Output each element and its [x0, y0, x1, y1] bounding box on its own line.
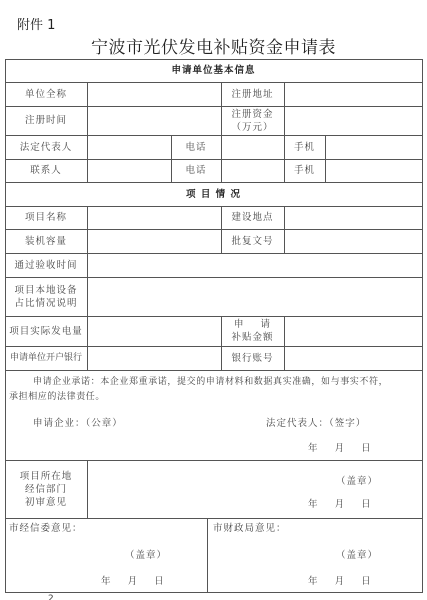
- bank-field[interactable]: [88, 346, 221, 370]
- label-subsidy-line2: 补贴金额: [231, 331, 273, 344]
- page-number: 2: [48, 594, 54, 600]
- commitment-line2: 承担相应的法律责任。: [9, 390, 105, 405]
- reg-capital-field[interactable]: [285, 106, 422, 135]
- legal-rep-field[interactable]: [88, 135, 171, 159]
- account-no-field[interactable]: [285, 346, 422, 370]
- label-legal-rep: 法定代表人: [5, 135, 87, 159]
- section-header-basic-info: 申请单位基本信息: [5, 59, 422, 82]
- col-line: [207, 518, 208, 592]
- label-local-dept-line3: 初审意见: [25, 496, 67, 509]
- label-mobile-contact: 手机: [284, 159, 325, 182]
- build-site-field[interactable]: [285, 206, 422, 229]
- label-local-equipment-line1: 项目本地设备: [14, 284, 77, 297]
- label-reg-time: 注册时间: [5, 106, 87, 135]
- label-local-dept-opinion: 项目所在地 经信部门 初审意见: [5, 460, 87, 518]
- approval-no-field[interactable]: [285, 229, 422, 253]
- contact-phone-field[interactable]: [222, 159, 284, 182]
- label-contact: 联系人: [5, 159, 87, 182]
- legal-phone-field[interactable]: [222, 135, 284, 159]
- reg-address-field[interactable]: [285, 82, 422, 106]
- label-approval-no: 批复文号: [221, 229, 284, 253]
- row-line: [5, 518, 422, 519]
- commitment-line1: 申请企业承诺：本企业郑重承诺，提交的申请材料和数据真实准确，如与事实不符，: [33, 375, 388, 390]
- legal-sign-label: 法定代表人：（签字）: [266, 416, 366, 431]
- page-title: 宁波市光伏发电补贴资金申请表: [0, 33, 427, 58]
- label-acceptance-time: 通过验收时间: [5, 253, 87, 277]
- col-line: [87, 460, 88, 518]
- label-reg-capital-line1: 注册资金: [231, 108, 273, 121]
- label-account-no: 银行账号: [221, 346, 284, 370]
- company-seal-label: 申请企业：（公章）: [33, 416, 123, 431]
- label-city-finance-opinion: 市财政局意见：: [213, 521, 287, 536]
- label-mobile-legal: 手机: [284, 135, 325, 159]
- label-phone-legal: 电话: [171, 135, 221, 159]
- application-form-table: 申请单位基本信息 单位全称 注册地址 注册时间 注册资金 （万元） 法定代表人 …: [5, 59, 422, 592]
- label-local-equipment: 项目本地设备 占比情况说明: [5, 277, 87, 316]
- label-local-equipment-line2: 占比情况说明: [14, 297, 77, 310]
- commitment-date: 年 月 日: [308, 441, 372, 456]
- city-econ-date: 年 月 日: [101, 574, 165, 589]
- border-right: [422, 59, 423, 593]
- acceptance-time-field[interactable]: [88, 253, 422, 277]
- project-name-field[interactable]: [88, 206, 221, 229]
- local-dept-seal: （盖章）: [336, 474, 378, 489]
- label-capacity: 装机容量: [5, 229, 87, 253]
- label-phone-contact: 电话: [171, 159, 221, 182]
- subsidy-amount-field[interactable]: [285, 316, 422, 346]
- reg-time-field[interactable]: [88, 106, 221, 135]
- contact-mobile-field[interactable]: [326, 159, 422, 182]
- local-dept-date: 年 月 日: [308, 497, 372, 512]
- label-project-name: 项目名称: [5, 206, 87, 229]
- label-local-dept-line2: 经信部门: [25, 483, 67, 496]
- label-build-site: 建设地点: [221, 206, 284, 229]
- label-subsidy-line1: 申 请: [234, 318, 271, 331]
- label-actual-generation: 项目实际发电量: [5, 316, 87, 346]
- city-finance-seal: （盖章）: [336, 548, 378, 563]
- label-subsidy-amount: 申 请 补贴金额: [221, 316, 284, 346]
- label-reg-capital: 注册资金 （万元）: [221, 106, 284, 135]
- border-bottom: [5, 592, 422, 593]
- city-econ-seal: （盖章）: [125, 548, 167, 563]
- actual-generation-field[interactable]: [88, 316, 221, 346]
- local-equipment-field[interactable]: [88, 277, 422, 316]
- contact-field[interactable]: [88, 159, 171, 182]
- label-unit-name: 单位全称: [5, 82, 87, 106]
- label-reg-capital-line2: （万元）: [231, 121, 273, 134]
- row-line: [5, 370, 422, 371]
- capacity-field[interactable]: [88, 229, 221, 253]
- city-finance-date: 年 月 日: [308, 574, 372, 589]
- label-reg-address: 注册地址: [221, 82, 284, 106]
- label-city-econ-opinion: 市经信委意见：: [9, 521, 83, 536]
- legal-mobile-field[interactable]: [326, 135, 422, 159]
- annex-label: 附件 1: [17, 14, 55, 33]
- label-bank: 申请单位开户银行: [5, 346, 87, 370]
- section-header-project: 项 目 情 况: [5, 182, 422, 206]
- label-local-dept-line1: 项目所在地: [20, 470, 73, 483]
- unit-name-field[interactable]: [88, 82, 221, 106]
